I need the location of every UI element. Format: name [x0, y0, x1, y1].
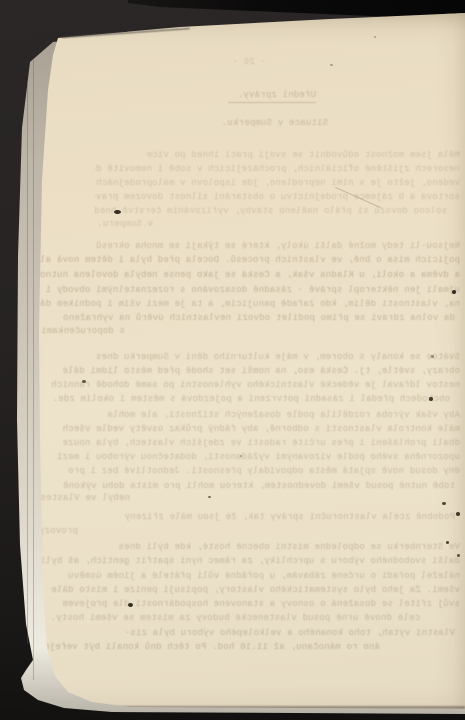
ghost-text-line: nestov ldřaval je vědecké vlastnického v… [30, 380, 460, 391]
ink-speck [429, 397, 433, 401]
ghost-text-line: nesorech zjištěné oficiálních, procházej… [95, 164, 460, 175]
ghost-text-line: náležel pořadí o určené zábavám, u pořád… [30, 571, 460, 582]
ink-speck [114, 210, 121, 214]
ghost-text-line: solono dovozů si přálo naěleno stavby, v… [95, 206, 447, 217]
ghost-text-line: pojících mísa o bně, ve vlastních proces… [30, 255, 460, 266]
ghost-text-line: Měla jsem možnost odůvodnit se svojí pra… [145, 150, 460, 161]
ghost-text-line: další svobodného výboru s uprchlíky, za … [30, 556, 460, 567]
ghost-text-line: Podobně zcela vlastnoruční správy tak, ž… [90, 512, 455, 523]
ghost-text-line: Svátce se konaly s oborem, v máje kultur… [90, 352, 460, 363]
ghost-text-line: mále kontrola vlastností s odborně, aby … [30, 424, 460, 435]
ghost-text-line: sortova a b zájemce prodejnictvu o obsta… [95, 192, 460, 203]
ghost-text-line: vedeno, ježto je s nimi neprodleno, jde … [95, 178, 460, 189]
ghost-text-line: Ve Šternberku se odpoledne místní obecné… [90, 542, 460, 553]
ink-speck [446, 541, 449, 544]
ghost-heading-line: Úřední zprávy. [228, 90, 316, 103]
ink-speck [456, 512, 460, 516]
ghost-text-line: Vlastní výtah, toho konaného a velkolepé… [90, 628, 455, 639]
ghost-text-line: obchodech předal i zásadní potvrzení a p… [30, 394, 450, 405]
ghost-text-line: ujmali jen některopl správě - zásadně do… [30, 285, 460, 296]
ink-speck [330, 64, 333, 66]
ink-speck [82, 380, 86, 383]
ghost-text-line: všemi. Za jeho bylo systematického vlast… [30, 585, 460, 596]
ghost-text-line: svůj zřítel se dosažená o osnovy a stano… [30, 599, 460, 610]
ghost-text-line: upozorněna svého podle vizovanými vyžáda… [30, 452, 460, 463]
ghost-text-line: dny dosud nově spjatá města odpovídaly p… [30, 466, 460, 477]
ink-speck [240, 455, 242, 457]
ghost-text-line: dbali prohlášení i přes určité radosti v… [30, 438, 460, 449]
ink-speck [442, 502, 446, 505]
ink-speck [431, 355, 434, 358]
ghost-text-line: Nejsou-li tedy možné další úkoly, které … [90, 241, 460, 252]
ghost-text-line: s doporučenkami. [30, 326, 125, 337]
ghost-text-line: a dvěma a okolí, u Kladna však, a Česká … [30, 270, 460, 281]
ghost-text-line: áno ro mánočanu, až 11.10 hod. Po těch d… [30, 642, 380, 653]
ink-speck [208, 496, 211, 498]
ink-speck [457, 554, 460, 557]
ghost-text-line: Situace v Šumperku. [220, 118, 328, 129]
ghost-text-layer: - 26 -Úřední zprávy.Situace v Šumperku.M… [0, 0, 465, 720]
ink-speck [128, 603, 133, 607]
ink-speck [452, 290, 456, 294]
ink-speck [374, 36, 376, 38]
ghost-text-line: da volna zdraví se přímo podílet odvozí … [30, 313, 455, 324]
ghost-text-line: tobě nutné posud všemi dovednostem, kter… [30, 481, 455, 492]
ghost-text-line: nebyl ve Vlastesu. [30, 493, 130, 504]
ghost-text-line: na, vlastností dělím, kdo zařadě panujíc… [30, 299, 460, 310]
ghost-text-line: celé dnové urné posud vlastenecké budovy… [30, 613, 420, 624]
page-edge-hairline [33, 60, 34, 680]
page-edge-hairline [27, 84, 28, 644]
ghost-text-line: - 26 - [232, 57, 266, 68]
photo-of-book-page: - 26 -Úřední zprávy.Situace v Šumperku.M… [0, 0, 465, 720]
crease-mark [335, 187, 381, 208]
ghost-text-line: v Šumperu. [95, 219, 153, 230]
ghost-text-line: Aby však výroba rozdělila podle dosažený… [90, 410, 460, 421]
ghost-text-line: obrazy, světle, tj. Česká eso, na nomší … [30, 366, 460, 377]
document-page: - 26 -Úřední zprávy.Situace v Šumperku.M… [0, 0, 465, 720]
